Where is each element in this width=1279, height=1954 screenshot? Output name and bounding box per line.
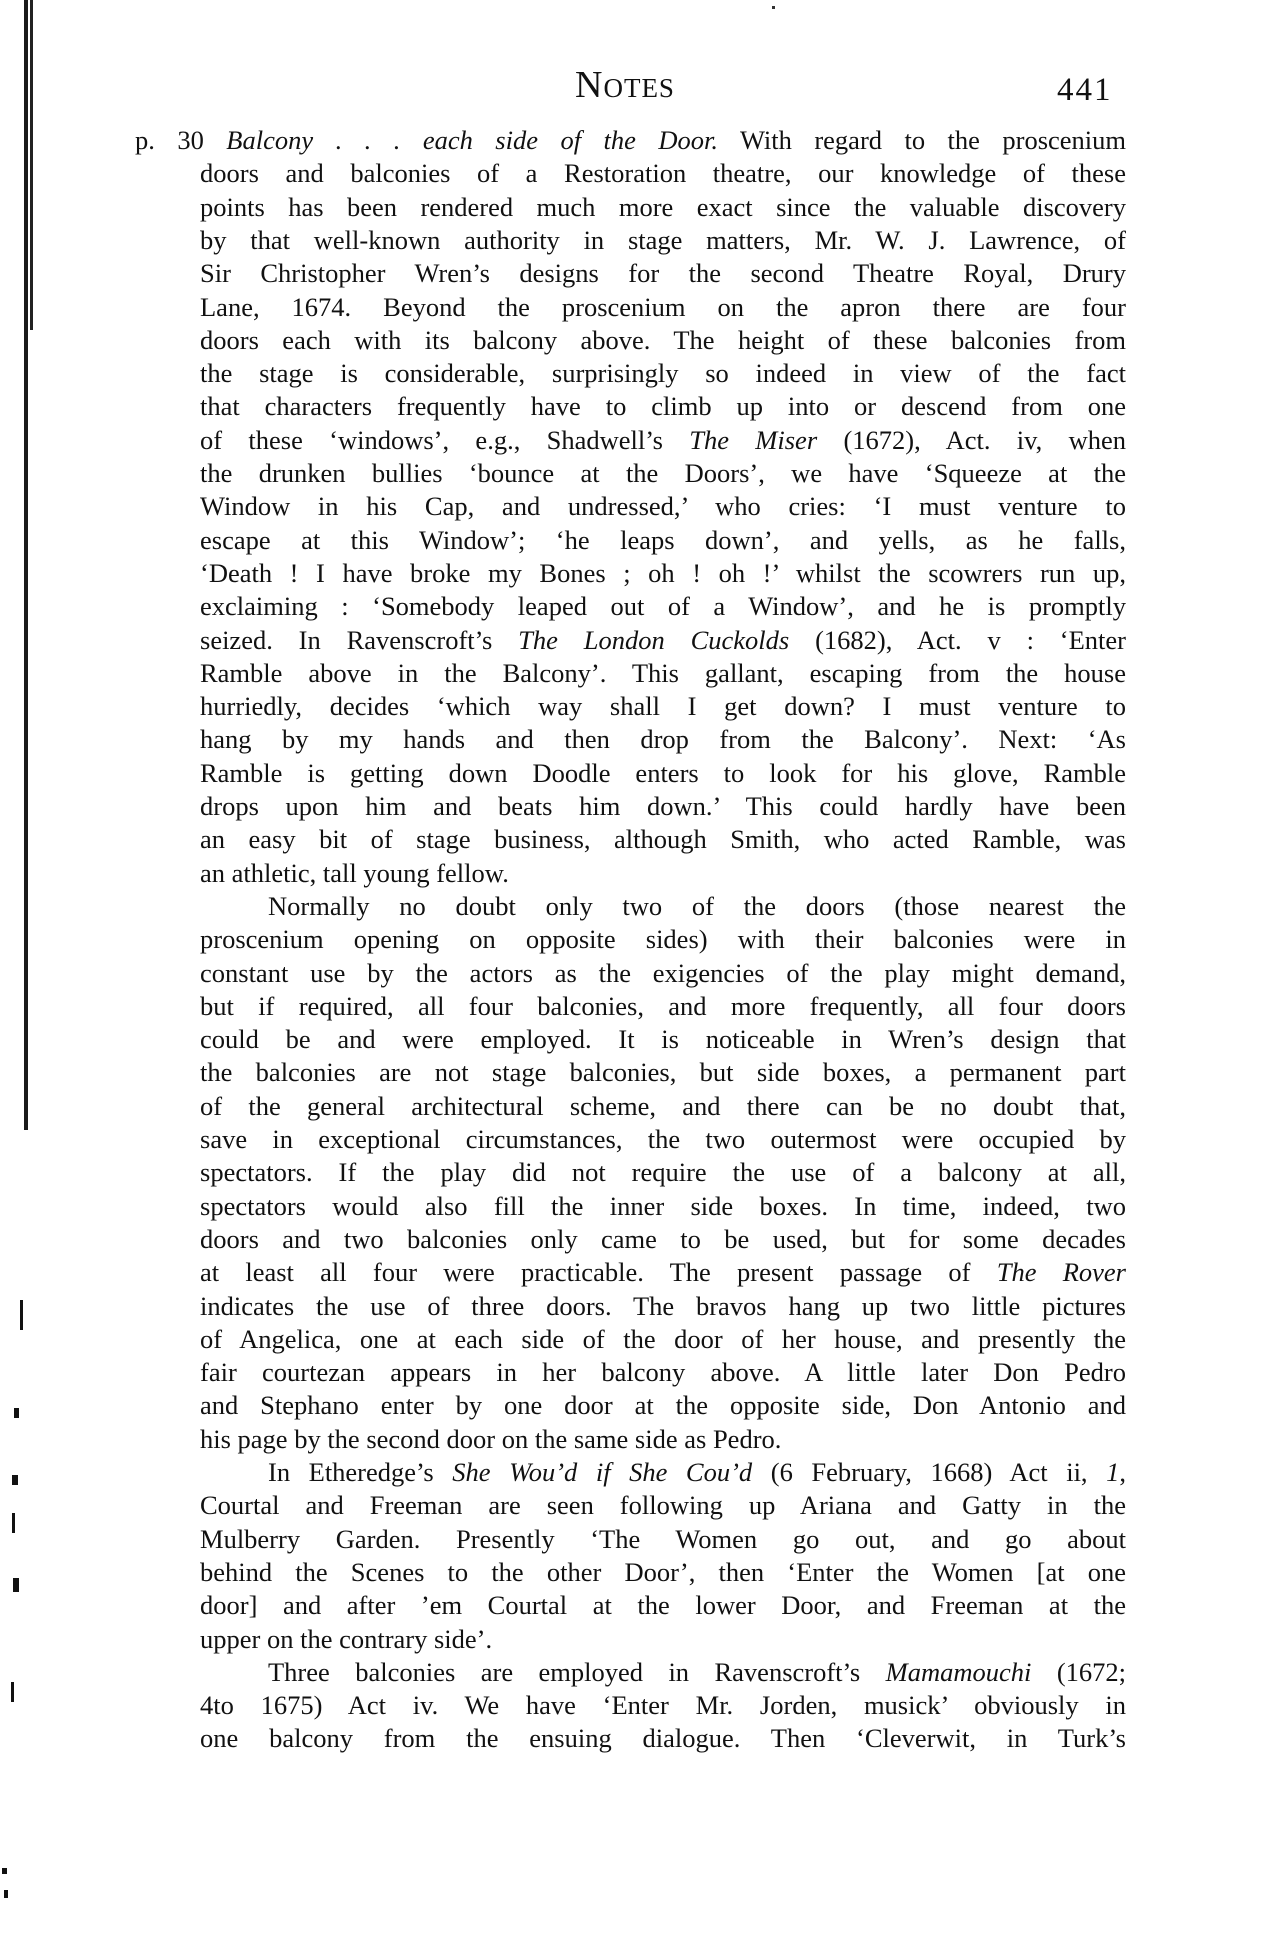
text-line: escape at this Window’; ‘he leaps down’,… [200, 524, 1126, 557]
text-line: constant use by the actors as the exigen… [200, 957, 1126, 990]
text-line: Mulberry Garden. Presently ‘The Women go… [200, 1523, 1126, 1556]
text-line: an easy bit of stage business, although … [200, 823, 1126, 856]
text-line: Three balconies are employed in Ravenscr… [268, 1656, 1126, 1689]
text-line: points has been rendered much more exact… [200, 191, 1126, 224]
text-line: by that well-known authority in stage ma… [200, 224, 1126, 257]
text-line: hang by my hands and then drop from the … [200, 723, 1126, 756]
text-line: the stage is considerable, surprisingly … [200, 357, 1126, 390]
text-line: Window in his Cap, and undressed,’ who c… [200, 490, 1126, 523]
text-line: upper on the contrary side’. [200, 1623, 1126, 1656]
text-line: the balconies are not stage balconies, b… [200, 1056, 1126, 1089]
running-head: NOTES [575, 66, 675, 107]
running-head-initial: N [575, 64, 603, 106]
scan-artifact [13, 1578, 19, 1592]
scan-artifact [4, 1890, 8, 1898]
scan-artifact [12, 1513, 15, 1533]
scan-artifact [14, 1408, 19, 1418]
text-line: Sir Christopher Wren’s designs for the s… [200, 257, 1126, 290]
scan-artifact [12, 1475, 18, 1485]
text-line: Courtal and Freeman are seen following u… [200, 1489, 1126, 1522]
scan-speck [772, 6, 775, 9]
text-line: at least all four were practicable. The … [200, 1256, 1126, 1289]
text-line: Normally no doubt only two of the doors … [268, 890, 1126, 923]
binding-shadow [24, 0, 28, 1130]
text-line: proscenium opening on opposite sides) wi… [200, 923, 1126, 956]
binding-shadow-inner [30, 0, 33, 330]
text-line: drops upon him and beats him down.’ This… [200, 790, 1126, 823]
text-line: Ramble is getting down Doodle enters to … [200, 757, 1126, 790]
scan-artifact [11, 1682, 14, 1702]
text-line: Ramble above in the Balcony’. This galla… [200, 657, 1126, 690]
text-line: of Angelica, one at each side of the doo… [200, 1323, 1126, 1356]
text-line: 4to 1675) Act iv. We have ‘Enter Mr. Jor… [200, 1689, 1126, 1722]
text-line: In Etheredge’s She Wou’d if She Cou’d (6… [268, 1456, 1126, 1489]
text-line: seized. In Ravenscroft’s The London Cuck… [200, 624, 1126, 657]
text-line: of these ‘windows’, e.g., Shadwell’s The… [200, 424, 1126, 457]
text-line: one balcony from the ensuing dialogue. T… [200, 1722, 1126, 1755]
text-line: fair courtezan appears in her balcony ab… [200, 1356, 1126, 1389]
text-line: indicates the use of three doors. The br… [200, 1290, 1126, 1323]
text-line: could be and were employed. It is notice… [200, 1023, 1126, 1056]
scan-artifact [2, 1868, 7, 1874]
page-number: 441 [1057, 74, 1113, 107]
text-line: doors each with its balcony above. The h… [200, 324, 1126, 357]
text-line: Lane, 1674. Beyond the proscenium on the… [200, 291, 1126, 324]
text-line: save in exceptional circumstances, the t… [200, 1123, 1126, 1156]
text-line: ‘Death ! I have broke my Bones ; oh ! oh… [200, 557, 1126, 590]
text-line: his page by the second door on the same … [200, 1423, 1126, 1456]
text-line: and Stephano enter by one door at the op… [200, 1389, 1126, 1422]
text-line: door] and after ’em Courtal at the lower… [200, 1589, 1126, 1622]
text-line: spectators would also fill the inner sid… [200, 1190, 1126, 1223]
text-line: but if required, all four balconies, and… [200, 990, 1126, 1023]
text-line: doors and two balconies only came to be … [200, 1223, 1126, 1256]
text-line: p. 30 Balcony . . . each side of the Doo… [135, 124, 1126, 157]
text-line: behind the Scenes to the other Door’, th… [200, 1556, 1126, 1589]
text-line: the drunken bullies ‘bounce at the Doors… [200, 457, 1126, 490]
text-line: that characters frequently have to climb… [200, 390, 1126, 423]
text-line: hurriedly, decides ‘which way shall I ge… [200, 690, 1126, 723]
text-line: exclaiming : ‘Somebody leaped out of a W… [200, 590, 1126, 623]
text-line: doors and balconies of a Restoration the… [200, 157, 1126, 190]
text-line: of the general architectural scheme, and… [200, 1090, 1126, 1123]
running-head-rest: OTES [603, 73, 675, 103]
text-line: an athletic, tall young fellow. [200, 857, 1126, 890]
text-line: spectators. If the play did not require … [200, 1156, 1126, 1189]
scan-artifact [20, 1300, 23, 1330]
